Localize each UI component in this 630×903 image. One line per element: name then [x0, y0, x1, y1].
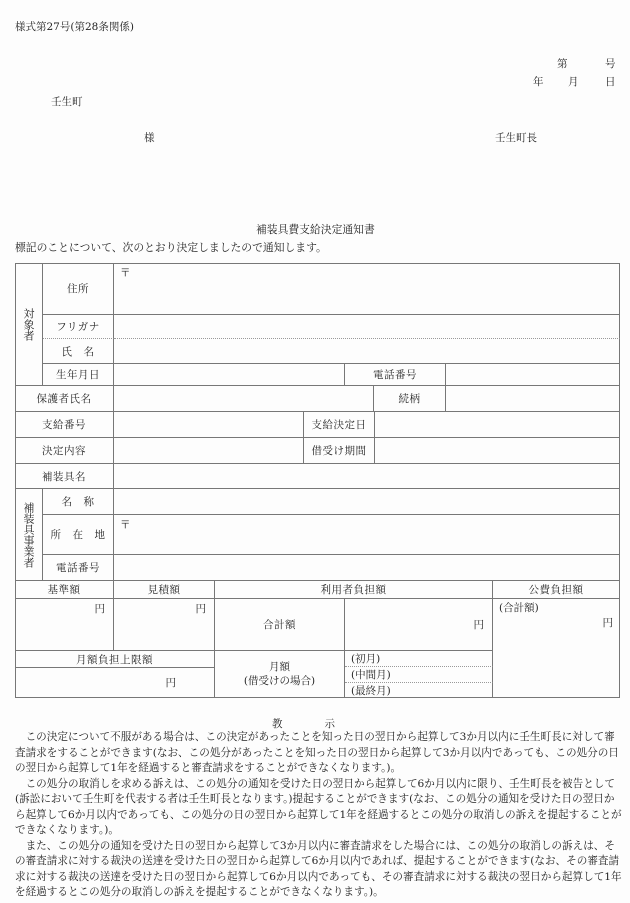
device-name-label: 補装具名 [15, 464, 114, 489]
intro-text: 標記のことについて、次のとおり決定しましたので通知します。 [15, 240, 327, 255]
vendor-name-field[interactable] [114, 489, 620, 515]
address-field[interactable]: 〒 [114, 263, 620, 315]
vendor-phone-field[interactable] [114, 555, 620, 581]
yen-unit: 円 [499, 615, 613, 630]
monthly-sub-label: (借受けの場合) [244, 674, 315, 688]
name-field[interactable] [114, 339, 620, 364]
date-month: 月 [568, 74, 579, 89]
monthly-cap-field[interactable]: 円 [15, 668, 215, 698]
phone-label: 電話番号 [345, 364, 446, 386]
yen-unit: 円 [474, 617, 485, 632]
payment-number-label: 支給番号 [15, 412, 114, 438]
decision-content-field[interactable] [114, 438, 304, 464]
address-label: 住所 [43, 263, 114, 315]
public-burden-field[interactable]: (合計額) 円 [493, 599, 620, 698]
public-total-label: (合計額) [499, 600, 613, 615]
notice-paragraph-2: この処分の取消しを求める訴えは、この処分の通知を受けた日の翌日から起算して6か月… [15, 777, 623, 839]
subject-group-label: 対象者 [15, 263, 43, 386]
birthdate-label: 生年月日 [43, 364, 114, 386]
furigana-field[interactable] [114, 315, 620, 339]
vendor-name-label: 名 称 [43, 489, 114, 515]
estimate-amount-label: 見積額 [114, 581, 215, 599]
total-field[interactable]: 円 [345, 599, 493, 651]
postal-mark: 〒 [120, 265, 131, 280]
recipient-org: 壬生町 [51, 94, 83, 109]
sender-name: 壬生町長 [495, 130, 537, 145]
payment-number-field[interactable] [114, 412, 304, 438]
yen-unit: 円 [196, 601, 207, 616]
date-day: 日 [605, 74, 616, 89]
rental-period-label: 借受け期間 [304, 438, 375, 464]
public-burden-label: 公費負担額 [493, 581, 620, 599]
yen-unit: 円 [95, 601, 106, 616]
vendor-location-label: 所 在 地 [43, 515, 114, 555]
standard-amount-label: 基準額 [15, 581, 114, 599]
notice-heading: 教 示 [272, 716, 335, 731]
guardian-field[interactable] [114, 386, 374, 412]
monthly-label: 月額 (借受けの場合) [215, 651, 345, 698]
furigana-label: フリガナ [43, 315, 114, 339]
form-number: 様式第27号(第28条関係) [15, 19, 134, 34]
first-month-field[interactable]: (初月) [345, 651, 493, 667]
vendor-phone-label: 電話番号 [43, 555, 114, 581]
decision-table: 対象者 住所 〒 フリガナ 氏 名 生年月日 電話番号 保護者氏名 続柄 支給番… [15, 263, 620, 698]
payment-decision-date-label: 支給決定日 [304, 412, 375, 438]
birthdate-field[interactable] [114, 364, 345, 386]
vendor-location-field[interactable]: 〒 [114, 515, 620, 555]
estimate-amount-field[interactable]: 円 [114, 599, 215, 651]
recipient-honorific: 様 [144, 130, 155, 145]
name-label: 氏 名 [43, 339, 114, 364]
first-month-label: (初月) [351, 651, 380, 666]
total-label: 合計額 [215, 599, 345, 651]
last-month-label: (最終月) [351, 683, 391, 698]
vendor-group-label: 補装具事業者 [15, 489, 43, 581]
date-year: 年 [533, 74, 544, 89]
rental-period-field[interactable] [375, 438, 620, 464]
relation-field[interactable] [446, 386, 620, 412]
guardian-label: 保護者氏名 [15, 386, 114, 412]
notice-paragraph-1: この決定について不服がある場合は、この決定があったことを知った日の翌日から起算し… [15, 730, 623, 777]
decision-content-label: 決定内容 [15, 438, 114, 464]
standard-amount-field[interactable]: 円 [15, 599, 114, 651]
last-month-field[interactable]: (最終月) [345, 683, 493, 698]
user-burden-label: 利用者負担額 [215, 581, 493, 599]
payment-decision-date-field[interactable] [375, 412, 620, 438]
doc-number-suffix: 号 [605, 56, 616, 71]
device-name-field[interactable] [114, 464, 620, 489]
monthly-label-text: 月額 [269, 660, 290, 674]
vendor-postal-mark: 〒 [120, 517, 131, 532]
subject-group-text: 対象者 [23, 308, 34, 341]
middle-month-label: (中間月) [351, 667, 391, 682]
notice-body: この決定について不服がある場合は、この決定があったことを知った日の翌日から起算し… [15, 730, 623, 901]
relation-label: 続柄 [374, 386, 446, 412]
vendor-group-text: 補装具事業者 [23, 502, 34, 568]
document-title: 補装具費支給決定通知書 [256, 222, 375, 237]
doc-number-prefix: 第 [557, 56, 568, 71]
yen-unit: 円 [166, 675, 177, 690]
middle-month-field[interactable]: (中間月) [345, 667, 493, 683]
phone-field[interactable] [446, 364, 620, 386]
monthly-cap-label: 月額負担上限額 [15, 651, 215, 668]
notice-paragraph-3: また、この処分の通知を受けた日の翌日から起算して3か月以内に審査請求をした場合に… [15, 839, 623, 901]
